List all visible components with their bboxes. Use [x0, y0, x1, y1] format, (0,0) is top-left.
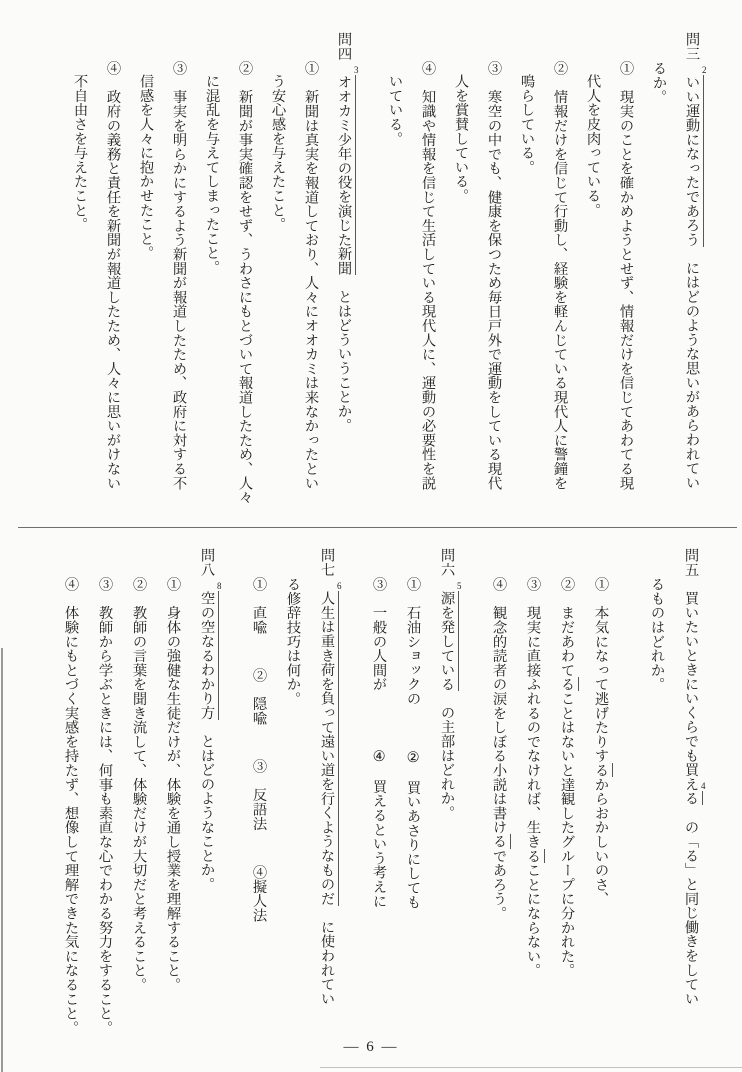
question-8-choice-3: ③ 教師から学ぶときには、何事も素直な心でわかる努力をすること。	[88, 548, 122, 1034]
plain-text: 問五 買いたいときにいくらでも買え	[683, 548, 699, 791]
plain-text: 問七	[319, 548, 335, 591]
question-3-choice-2: ② 情報だけを信じて行動し、経験を軽んじている現代人に警鐘を	[543, 32, 576, 526]
question-3-choice-3-cont: 人を賞賛している。	[444, 32, 477, 526]
ref-number: 3	[354, 66, 359, 75]
marked-text: る	[491, 834, 511, 848]
question-8-heading: 問八 空の空なるわかり方8 とはどのようなことか。	[190, 548, 224, 1034]
marked-text: 空の空なるわかり方8	[199, 591, 219, 720]
marked-text: いい運動になったであろう2	[684, 75, 704, 247]
ref-number: 5	[457, 582, 462, 591]
page-number: — 6 —	[0, 1039, 742, 1056]
question-4-choice-2: ② 新聞が事実確認をせず、うわさにもとづいて報道したため、人々	[228, 32, 261, 526]
question-7-heading: 問七 人生は重き荷を負って遠い道を行くようなものだ6 に使われてい	[310, 548, 344, 1034]
question-6-heading: 問六 源を発している5 の主部はどれか。	[430, 548, 464, 1034]
ref-number: 8	[217, 582, 222, 591]
question-4-heading: 問四 オオカミ少年の役を演じた新聞3 とはどういうことか。	[327, 32, 360, 526]
ref-number: 2	[702, 66, 707, 75]
plain-text: 問四	[336, 32, 352, 75]
question-7-choices: ① 直喩② 隠喩③ 反語法④擬人法	[242, 548, 276, 1034]
plain-text: ① 本気になって逃げたりす	[593, 577, 609, 763]
question-3-choice-1: ① 現実のことを確かめようとせず、情報だけを信じてあわてる現	[609, 32, 642, 526]
marked-text: 源を発している5	[439, 591, 459, 691]
plain-text: 問三	[684, 32, 700, 75]
question-3-choice-2-cont: 鳴らしている。	[510, 32, 543, 526]
question-3-heading: 問三 いい運動になったであろう2 にはどのような思いがあらわれてい	[675, 32, 708, 526]
question-4-choice-1: ① 新聞は真実を報道しており、人々にオオカミは来なかったとい	[294, 32, 327, 526]
plain-text: の主部はどれか。	[439, 691, 455, 820]
plain-text: ② まだあわて	[559, 577, 575, 677]
question-4-choice-3-cont: 信感を人々に抱かせたこと。	[129, 32, 162, 526]
question-5-heading: 問五 買いたいときにいくらでも買える4 の「る」と同じ働きをしてい	[674, 548, 708, 1034]
question-7-choice-4: ④擬人法	[251, 865, 267, 922]
exam-page: 問三 いい運動になったであろう2 にはどのような思いがあらわれてい るか。 ① …	[0, 0, 742, 1072]
question-6-choice-2: ② 買いあさりにしても	[405, 750, 421, 909]
question-4-choice-1-cont: う安心感を与えたこと。	[261, 32, 294, 526]
plain-text: であろう。	[491, 849, 507, 921]
plain-text: とはどういうことか。	[336, 275, 352, 432]
plain-text: からおかしいのさ、	[593, 777, 609, 906]
question-5-heading-cont: るものはどれか。	[640, 548, 674, 1034]
question-5-choice-4: ④ 観念的読者の涙をしぼる小説は書けるであろう。	[482, 548, 516, 1034]
plain-text: の「る」と同じ働きをしてい	[683, 805, 699, 1005]
question-7-choice-2: ② 隠喩	[251, 668, 267, 725]
question-3-choice-1-cont: 代人を皮肉っている。	[576, 32, 609, 526]
scan-edge-left-artifact	[1, 648, 3, 1072]
question-7-heading-cont: る修辞技巧は何か。	[276, 548, 310, 1034]
section-divider-rule	[18, 527, 737, 528]
ref-number: 6	[337, 582, 342, 591]
question-4-choice-3: ③ 事実を明らかにするよう新聞が報道したため、政府に対する不	[162, 32, 195, 526]
question-3-heading-cont: るか。	[642, 32, 675, 526]
ref-number: 4	[701, 782, 706, 791]
question-6-choices-col-1: ① 石油ショックの② 買いあさりにしても	[396, 548, 430, 1034]
marked-text: る	[559, 677, 579, 691]
question-6-choice-1: ① 石油ショックの	[405, 577, 421, 706]
question-8-choice-4: ④ 体験にもとづく実感を持たず、想像して理解できた気になること。	[54, 548, 88, 1034]
question-8-choice-2: ② 教師の言葉を聞き流して、体験だけが大切だと考えること。	[122, 548, 156, 1034]
plain-text: ④ 観念的読者の涙をしぼる小説は書け	[491, 577, 507, 834]
question-8-choice-1: ① 身体の強健な生徒だけが、体験を通し授業を理解すること。	[156, 548, 190, 1034]
plain-text: ことはないと達観したグループに分かれた。	[559, 691, 575, 977]
question-4-choice-4-cont: 不自由さを与えたこと。	[63, 32, 96, 526]
question-3-choice-3: ③ 寒空の中でも、健康を保つため毎日戸外で運動をしている現代	[477, 32, 510, 526]
marked-text: る	[525, 849, 545, 863]
plain-text: 問六	[439, 548, 455, 591]
plain-text: にはどのような思いがあらわれてい	[684, 247, 700, 490]
marked-text: る	[593, 763, 613, 777]
question-4-choice-4: ④ 政府の義務と責任を新聞が報道したため、人々に思いがけない	[96, 32, 129, 526]
scan-edge-bottom-artifact	[320, 1067, 742, 1069]
plain-text: 問八	[199, 548, 215, 591]
question-3-choice-4-cont: いている。	[378, 32, 411, 526]
question-3-choice-4: ④ 知識や情報を信じて生活している現代人に、運動の必要性を説	[411, 32, 444, 526]
plain-text: に使われてい	[319, 906, 335, 1006]
question-7-choice-3: ③ 反語法	[251, 759, 267, 831]
section-bottom: 問五 買いたいときにいくらでも買える4 の「る」と同じ働きをしてい るものはどれ…	[8, 548, 708, 1034]
marked-text: オオカミ少年の役を演じた新聞3	[336, 75, 356, 275]
question-7-choice-1: ① 直喩	[251, 577, 267, 634]
question-5-choice-3: ③ 現実に直接ふれるのでなければ、生きることにならない。	[516, 548, 550, 1034]
question-6-choice-4: ④ 買えるという考えに	[371, 749, 387, 908]
question-6-choice-3: ③ 一般の人間が	[371, 577, 387, 691]
question-4-choice-2-cont: に混乱を与えてしまったこと。	[195, 32, 228, 526]
plain-text: ことにならない。	[525, 863, 541, 977]
plain-text: とはどのようなことか。	[199, 720, 215, 892]
question-5-choice-2: ② まだあわてることはないと達観したグループに分かれた。	[550, 548, 584, 1034]
plain-text: ③ 現実に直接ふれるのでなければ、生き	[525, 577, 541, 849]
marked-text: る4	[683, 791, 703, 805]
question-5-choice-1: ① 本気になって逃げたりするからおかしいのさ、	[584, 548, 618, 1034]
section-top: 問三 いい運動になったであろう2 にはどのような思いがあらわれてい るか。 ① …	[8, 32, 708, 526]
question-6-choices-col-2: ③ 一般の人間が④ 買えるという考えに	[362, 548, 396, 1034]
marked-text: 人生は重き荷を負って遠い道を行くようなものだ6	[319, 591, 339, 906]
